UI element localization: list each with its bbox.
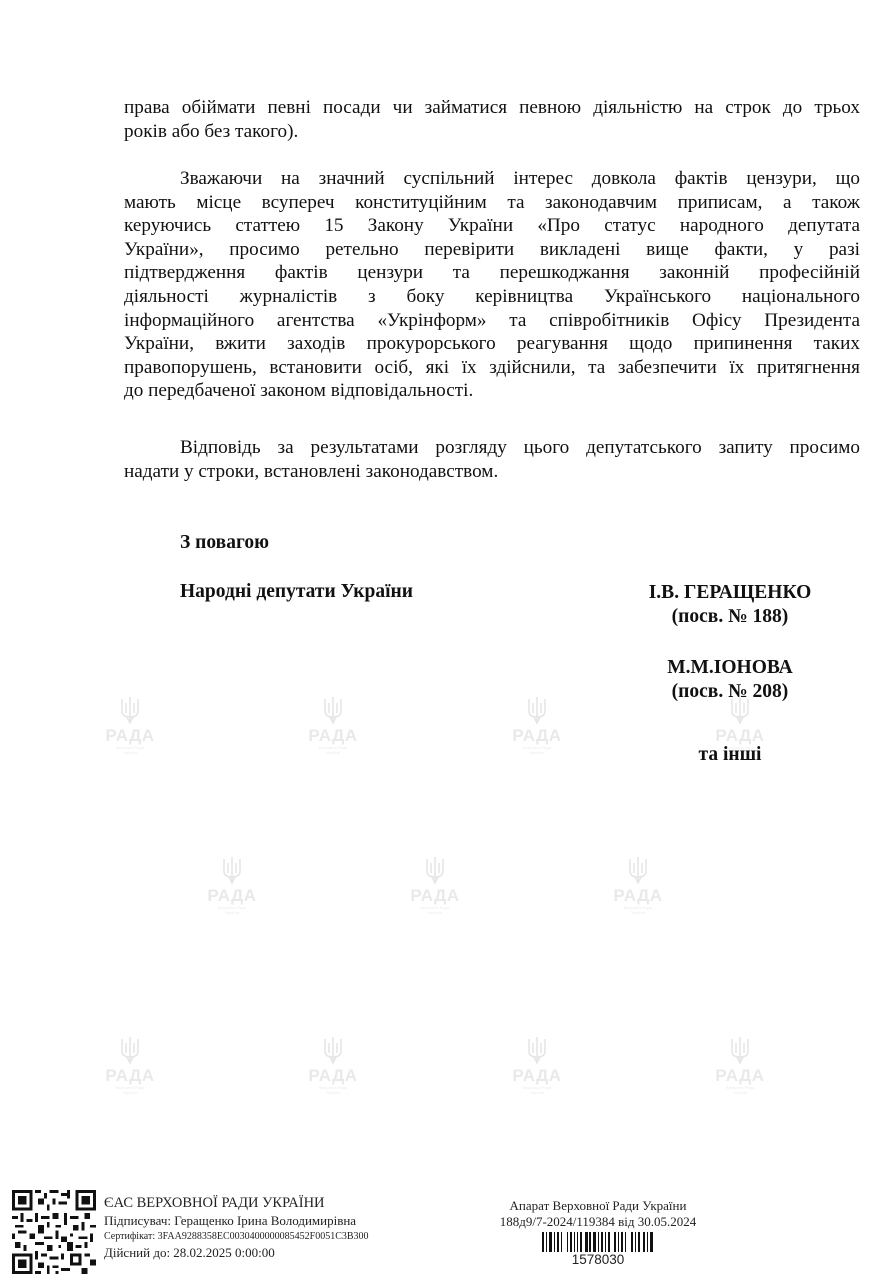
- watermark-subtitle: Верховна Рада: [303, 1085, 363, 1090]
- barcode-number: 1578030: [480, 1252, 716, 1267]
- trident-icon: [119, 695, 141, 725]
- rada-watermark: РАДАВерховна РадаУкраїни: [100, 695, 160, 755]
- text-line: керуючись статтею 15 Закону України «Про…: [124, 214, 860, 238]
- esignature-certificate: Сертифікат: 3FAA9288358EC003040000008545…: [104, 1229, 369, 1244]
- rada-watermark: РАДАВерховна РадаУкраїни: [608, 855, 668, 915]
- watermark-word: РАДА: [303, 727, 363, 745]
- rada-watermark: РАДАВерховна РадаУкраїни: [100, 1035, 160, 1095]
- esignature-valid-until: Дійсний до: 28.02.2025 0:00:00: [104, 1244, 369, 1262]
- text-line: Зважаючи на значний суспільний інтерес д…: [124, 167, 860, 191]
- text-line: правопорушень, встановити осіб, які їх з…: [124, 356, 860, 380]
- watermark-word: РАДА: [303, 1067, 363, 1085]
- text-line: років або без такого).: [124, 120, 860, 144]
- text-line: України», просимо ретельно перевірити ви…: [124, 238, 860, 262]
- signatory-name: М.М.ІОНОВА: [630, 656, 830, 680]
- watermark-subtitle: України: [202, 910, 262, 915]
- signatory-title: Народні депутати України: [180, 581, 413, 603]
- text-line: до передбаченої законом відповідальності…: [124, 379, 860, 403]
- esignature-details: ЄАС ВЕРХОВНОЇ РАДИ УКРАЇНИ Підписувач: Г…: [104, 1194, 369, 1262]
- rada-watermark: РАДАВерховна РадаУкраїни: [202, 855, 262, 915]
- watermark-subtitle: України: [100, 1090, 160, 1095]
- trident-icon: [424, 855, 446, 885]
- paragraph-response-request: Відповідь за результатами розгляду цього…: [124, 436, 860, 483]
- trident-icon: [322, 695, 344, 725]
- watermark-subtitle: України: [405, 910, 465, 915]
- text-line: діяльності журналістів з боку керівництв…: [124, 285, 860, 309]
- rada-watermark: РАДАВерховна РадаУкраїни: [303, 695, 363, 755]
- paragraph-request: Зважаючи на значний суспільний інтерес д…: [124, 167, 860, 403]
- text-line: права обіймати певні посади чи займатися…: [124, 96, 860, 120]
- signatory-2: М.М.ІОНОВА (посв. № 208): [630, 656, 830, 704]
- signatory-1: І.В. ГЕРАЩЕНКО (посв. № 188): [630, 581, 830, 629]
- watermark-subtitle: Верховна Рада: [507, 1085, 567, 1090]
- signatory-id: (посв. № 188): [630, 605, 830, 629]
- signatory-id: (посв. № 208): [630, 680, 830, 704]
- text-line: Відповідь за результатами розгляду цього…: [124, 436, 860, 460]
- registration-stamp: Апарат Верховної Ради України 188д9/7-20…: [480, 1198, 716, 1267]
- watermark-word: РАДА: [100, 727, 160, 745]
- watermark-word: РАДА: [608, 887, 668, 905]
- trident-icon: [627, 855, 649, 885]
- rada-watermark: РАДАВерховна РадаУкраїни: [303, 1035, 363, 1095]
- esignature-signer: Підписувач: Геращенко Ірина Володимирівн…: [104, 1212, 369, 1229]
- watermark-word: РАДА: [405, 887, 465, 905]
- trident-icon: [119, 1035, 141, 1065]
- watermark-subtitle: Верховна Рада: [405, 905, 465, 910]
- trident-icon: [729, 1035, 751, 1065]
- text-line: підтвердження фактів цензури та перешкод…: [124, 261, 860, 285]
- watermark-subtitle: України: [507, 750, 567, 755]
- document-page: РАДАВерховна РадаУкраїниРАДАВерховна Рад…: [0, 0, 889, 1280]
- esignature-stamp: ЄАС ВЕРХОВНОЇ РАДИ УКРАЇНИ Підписувач: Г…: [10, 1190, 450, 1276]
- watermark-subtitle: України: [303, 1090, 363, 1095]
- watermark-word: РАДА: [710, 1067, 770, 1085]
- watermark-subtitle: Верховна Рада: [608, 905, 668, 910]
- trident-icon: [526, 1035, 548, 1065]
- trident-icon: [526, 695, 548, 725]
- watermark-subtitle: України: [303, 750, 363, 755]
- registration-number: 188д9/7-2024/119384 від 30.05.2024: [480, 1214, 716, 1230]
- text-line: інформаційного агентства «Укрінформ» та …: [124, 309, 860, 333]
- watermark-subtitle: Верховна Рада: [507, 745, 567, 750]
- signatory-name: І.В. ГЕРАЩЕНКО: [630, 581, 830, 605]
- watermark-subtitle: України: [100, 750, 160, 755]
- rada-watermark: РАДАВерховна РадаУкраїни: [507, 695, 567, 755]
- esignature-title: ЄАС ВЕРХОВНОЇ РАДИ УКРАЇНИ: [104, 1194, 369, 1212]
- watermark-subtitle: України: [608, 910, 668, 915]
- watermark-word: РАДА: [100, 1067, 160, 1085]
- watermark-subtitle: Верховна Рада: [202, 905, 262, 910]
- watermark-subtitle: Верховна Рада: [710, 1085, 770, 1090]
- text-line: України, вжити заходів прокурорського ре…: [124, 332, 860, 356]
- trident-icon: [322, 1035, 344, 1065]
- watermark-subtitle: України: [710, 1090, 770, 1095]
- trident-icon: [221, 855, 243, 885]
- rada-watermark: РАДАВерховна РадаУкраїни: [710, 1035, 770, 1095]
- watermark-word: РАДА: [507, 727, 567, 745]
- watermark-word: РАДА: [202, 887, 262, 905]
- closing-salutation: З повагою: [180, 532, 269, 554]
- others-note: та інші: [630, 743, 830, 767]
- registration-organization: Апарат Верховної Ради України: [480, 1198, 716, 1214]
- watermark-subtitle: Верховна Рада: [303, 745, 363, 750]
- qr-code-icon: [12, 1190, 96, 1274]
- watermark-subtitle: Верховна Рада: [100, 745, 160, 750]
- text-line: мають місце всупереч конституційним та з…: [124, 191, 860, 215]
- rada-watermark: РАДАВерховна РадаУкраїни: [405, 855, 465, 915]
- rada-watermark: РАДАВерховна РадаУкраїни: [507, 1035, 567, 1095]
- watermark-subtitle: Верховна Рада: [100, 1085, 160, 1090]
- watermark-word: РАДА: [507, 1067, 567, 1085]
- text-line: надати у строки, встановлені законодавст…: [124, 460, 860, 484]
- barcode-icon: [542, 1232, 654, 1252]
- paragraph-continuation: права обіймати певні посади чи займатися…: [124, 96, 860, 143]
- watermark-subtitle: України: [507, 1090, 567, 1095]
